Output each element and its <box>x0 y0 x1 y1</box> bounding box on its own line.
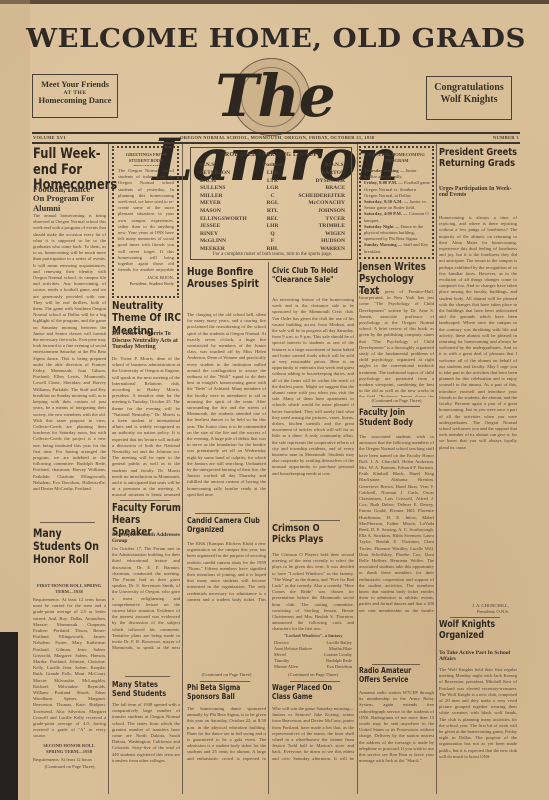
sons-player: BRACE <box>293 185 346 193</box>
banner-headline: WELCOME HOME, OLD GRADS <box>17 24 534 54</box>
greetings-headline: GREETINGS FROM STUDENT BODY PRESIDENT <box>118 152 174 166</box>
divider <box>195 513 250 514</box>
position: LHR <box>253 223 293 231</box>
deck-neutrality: Dr. Victor P. Morris To Discuss Neutrali… <box>112 331 182 351</box>
lineups-header-sons: S.O.N.S. <box>293 162 346 170</box>
honor-roll-continued: (Continued on Page Three) <box>33 764 106 771</box>
sons-player: McCONACHY <box>293 200 346 208</box>
headline-faculty-join: Faculty Join Student Body <box>359 409 434 428</box>
folio-volume: VOLUME XVI <box>33 135 66 140</box>
body-honor-roll: Requirements: At least 12 term hours mus… <box>33 597 106 739</box>
headline-civic-club: Civic Club To Hold "Clearance Sale" <box>272 267 351 285</box>
ear-right-line1: Congratulations <box>427 82 511 94</box>
body-neutrality: Dr. Victor P. Morris, dean of the school… <box>112 356 180 496</box>
sons-player: TRIMBLE <box>293 223 346 231</box>
honor-roll-sub2: SECOND HONOR ROLL SPRING TERM—1938 <box>35 743 103 756</box>
folio-dateline: OREGON NORMAL SCHOOL, MONMOUTH, OREGON, … <box>180 135 374 140</box>
deck-full-weekend: Football, Dance On Program For Alumni <box>33 185 103 213</box>
lineup-row: MILLERCSCHEIDEREITER <box>200 193 345 201</box>
column-rule <box>268 262 269 794</box>
position: F <box>253 238 293 246</box>
lineup-row: SULLENSLGRBRACE <box>200 185 345 193</box>
page-top-edge <box>0 0 549 4</box>
lineup-row: MASONRTLJOHNSON <box>200 208 345 216</box>
crimson-cast-list: DirectorLucille BaileyAunt Heloise Bador… <box>274 640 352 670</box>
folio-number: NUMBER 3 <box>493 135 519 140</box>
headline-bonfire: Huge Bonfire Arouses Spirit <box>187 266 266 291</box>
ons-player: SULLENS <box>200 185 253 193</box>
position: RTL <box>253 208 293 216</box>
divider <box>290 681 340 682</box>
column-rule <box>357 144 358 794</box>
headline-honor-roll: Many Students On Honor Roll <box>33 527 108 566</box>
body-radio: Amateur radio station W7CEP through its … <box>359 690 434 764</box>
divider <box>40 522 95 523</box>
ear-left-line1: Meet Your Friends <box>33 80 117 90</box>
divider <box>450 617 500 618</box>
program-item: Sunday Morning — Staff and Key breakfast… <box>364 242 430 254</box>
body-crimson-o: The Crimson O Players held their second … <box>272 552 354 632</box>
ons-player: BACH <box>200 178 253 186</box>
divider <box>372 406 420 407</box>
lineup-row: BACHLTRDYSINGER <box>200 178 345 186</box>
program-item: Saturday Night — Dance in the physical e… <box>364 224 430 243</box>
body-faculty-join: The associated students wish to announce… <box>359 434 434 612</box>
lineup-row: MEYERRGLMcCONACHY <box>200 200 345 208</box>
lineups-header-ons: O.N.S. <box>200 162 253 170</box>
headline-wager: Wager Placed On Class Game <box>272 684 343 701</box>
binding-shadow <box>0 632 18 800</box>
ear-right: Congratulations Wolf Knights <box>426 76 512 120</box>
lineup-row: RINEYQWIGEN <box>200 231 345 239</box>
program-item: Saturday, 4:00 P.M. — Crimson O banquet. <box>364 211 430 223</box>
program-list: Thursday evening — Junior bonfire and pe… <box>364 168 430 255</box>
lineups-header-position: Position <box>253 162 293 170</box>
greetings-signature-title: President, Student Body <box>118 281 174 287</box>
column-rule <box>436 144 437 794</box>
column-rule <box>182 144 183 794</box>
cast-row: Minnie AllenEva Davidson <box>274 664 352 670</box>
lineup-row: ELLINGSWORTHRELTYCER <box>200 216 345 224</box>
ons-player: MASON <box>200 208 253 216</box>
headline-phi-beta-sigma: Phi Beta Sigma Sponsors Ball <box>187 684 258 701</box>
honor-roll-body2: Requirements: At least 12 hours <box>33 757 106 764</box>
program-item: Thursday evening — Junior bonfire and pe… <box>364 168 430 180</box>
headline-radio: Radio Amateur Offers Service <box>359 667 434 684</box>
ear-left-line3: Homecoming Dance <box>33 96 117 106</box>
lineups-table: PETERSONLERBARTONBACHLTRDYSINGERSULLENSL… <box>200 170 345 254</box>
body-jensen: From the press of Prentice-Hall, Incorpo… <box>359 289 434 397</box>
lineup-row: JESSEELHRTRIMBLE <box>200 223 345 231</box>
divider <box>372 664 420 665</box>
position: LTR <box>253 178 293 186</box>
program-headline: GENERAL HOMECOMING PROGRAM <box>366 152 428 166</box>
body-wager: Who will win the game Saturday morning—J… <box>272 706 354 762</box>
ons-player: ELLINGSWORTH <box>200 216 253 224</box>
position: RGL <box>253 200 293 208</box>
lineups-header-row: O.N.S. Position S.O.N.S. <box>200 162 345 170</box>
body-wolf-knights: The Wolf Knights held their first regula… <box>439 667 517 765</box>
headline-many-states: Many States Send Students <box>112 681 178 699</box>
divider <box>120 500 170 501</box>
ons-player: MEYER <box>200 200 253 208</box>
position: C <box>253 193 293 201</box>
candid-continued: (Continued on Page Three) <box>187 672 266 679</box>
ons-player: JESSEE <box>200 223 253 231</box>
column-rule <box>108 144 109 794</box>
sons-player: HUDSON <box>293 238 346 246</box>
sons-player: DYSINGER <box>293 178 346 186</box>
body-many-states: The fall term of 1938 opened with a comp… <box>112 702 180 764</box>
ear-right-line2: Wolf Knights <box>427 94 511 106</box>
headline-president: President Greets Returning Grads <box>439 147 521 169</box>
sons-player: JOHNSON <box>293 208 346 216</box>
sons-player: TYCER <box>293 216 346 224</box>
sons-player: BARTON <box>293 170 346 178</box>
ear-left: Meet Your Friends AT THE Homecoming Danc… <box>32 74 118 118</box>
body-full-weekend: The annual homecoming is being observed … <box>33 213 106 513</box>
crimson-continued: (Continued on Page Three) <box>272 672 354 679</box>
position: LGR <box>253 185 293 193</box>
lineups-footer: For a complete roster of both teams, tur… <box>200 252 345 258</box>
lineup-row: PETERSONLERBARTON <box>200 170 345 178</box>
sons-player: SCHEIDEREITER <box>293 193 346 201</box>
body-candid-camera: The KKK (Kampus Klickers Klub) a new org… <box>187 541 266 604</box>
divider <box>290 520 340 521</box>
crimson-cast-title: "Locked Windows", a fantasy <box>272 633 354 640</box>
deck-wolf-knights: To Take Active Part In School Affairs <box>439 650 517 662</box>
folio-rule-top <box>32 132 520 134</box>
body-president: Homecoming is always a time of rejoicing… <box>439 215 517 610</box>
position: LER <box>253 170 293 178</box>
sons-player: WIGEN <box>293 231 346 239</box>
deck-president: Urges Participation In Week-end Events <box>439 186 517 199</box>
lineup-row: McGLINNFHUDSON <box>200 238 345 246</box>
divider <box>200 681 250 682</box>
body-bonfire: The clanging of the old school bell, sil… <box>187 312 266 502</box>
headline-wolf-knights: Wolf Knights Organized <box>439 620 518 641</box>
ons-player: MILLER <box>200 193 253 201</box>
president-signature-title: President, O.N.S. <box>439 609 509 615</box>
folio-rule-bottom <box>32 142 520 144</box>
program-item: Saturday, 9:30 A.M. — Junior vs. Senior … <box>364 199 430 211</box>
ons-player: McGLINN <box>200 238 253 246</box>
lineups-title: PROBABLE STARTING LINEUPS <box>196 152 346 158</box>
headline-candid-camera: Candid Camera Club Organized <box>187 517 261 534</box>
ons-player: PETERSON <box>200 170 253 178</box>
position: REL <box>253 216 293 224</box>
headline-crimson-o: Crimson O Picks Plays <box>272 523 346 545</box>
ons-player: RINEY <box>200 231 253 239</box>
newspaper-page: WELCOME HOME, OLD GRADS Meet Your Friend… <box>0 0 549 800</box>
greetings-body: The Oregon Normal school students of tod… <box>118 168 174 272</box>
divider <box>125 676 170 677</box>
deck-faculty-forum: Dr. Stephen Smith Addresses Group <box>112 532 180 544</box>
masthead: The Lamron <box>130 64 420 128</box>
body-phi-beta-sigma: The homecoming dance sponsored annually … <box>187 706 266 762</box>
position: Q <box>253 231 293 239</box>
body-faculty-forum: On October 17, The Forum met in the Admi… <box>112 546 180 652</box>
honor-roll-sub1: FIRST HONOR ROLL SPRING TERM—1938 <box>35 583 103 597</box>
body-civic-club: An interesting feature of the homecoming… <box>272 297 354 515</box>
program-item: Friday, 8:00 P.M. — Football game Oregon… <box>364 180 430 199</box>
jensen-continued: (Continued on Page Three) <box>359 398 434 405</box>
